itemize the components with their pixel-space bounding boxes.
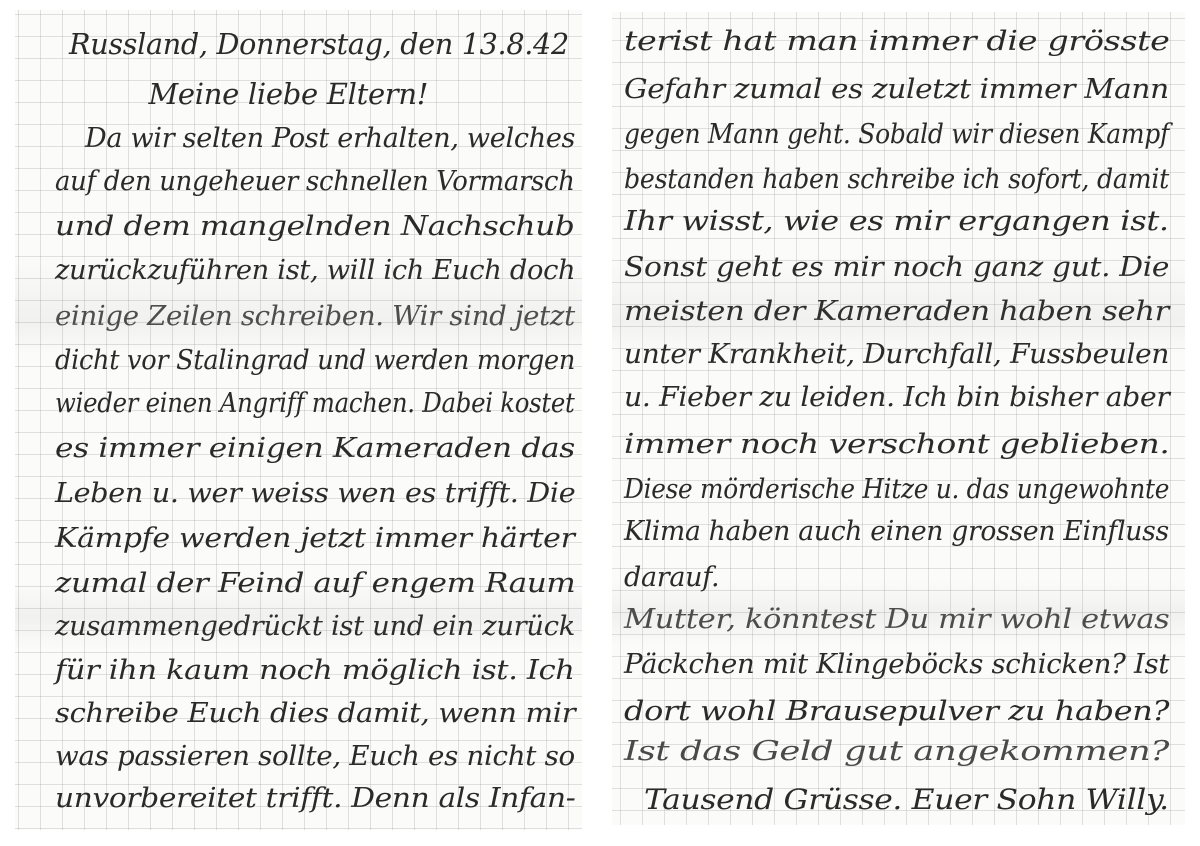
letter-line: unvorbereitet trifft. Denn als Infan-: [55, 785, 575, 812]
letter-line: immer noch verschont geblieben.: [624, 431, 1169, 458]
letter-line: Tausend Grüsse. Euer Sohn Willy.: [644, 786, 1169, 814]
letter-line: Russland, Donnerstag, den 13.8.42: [69, 30, 569, 59]
letter-line: u. Fieber zu leiden. Ich bin bisher aber: [624, 384, 1169, 411]
letter-line: zumal der Feind auf engem Raum: [55, 570, 575, 597]
letter-line: Ihr wisst, wie es mir ergangen ist.: [624, 208, 1169, 235]
letter-line: Kämpfe werden jetzt immer härter: [55, 525, 575, 552]
letter-line: und dem mangelnden Nachschub: [55, 213, 575, 240]
letter-line: terist hat man immer die grösste: [624, 28, 1170, 55]
letter-line: Gefahr zumal es zuletzt immer Mann: [624, 76, 1169, 103]
letter-line: dort wohl Brausepulver zu haben?: [624, 698, 1169, 725]
letter-line: Sonst geht es mir noch ganz gut. Die: [624, 254, 1169, 281]
letter-line: Päckchen mit Klingeböcks schicken? Ist: [624, 651, 1169, 678]
letter-line: gegen Mann geht. Sobald wir diesen Kampf: [624, 121, 1169, 148]
letter-line: Mutter, könntest Du mir wohl etwas: [624, 606, 1169, 633]
letter-line: zusammengedrückt ist und ein zurück: [55, 613, 575, 640]
letter-line: dicht vor Stalingrad und werden morgen: [55, 347, 575, 374]
letter-line: meisten der Kameraden haben sehr: [624, 298, 1169, 325]
letter-line: Meine liebe Eltern!: [149, 80, 429, 109]
letter-line: Diese mörderische Hitze u. das ungewohnt…: [624, 476, 1169, 503]
letter-line: darauf.: [624, 564, 719, 591]
letter-line: Da wir selten Post erhalten, welches: [85, 125, 575, 152]
letter-line: unter Krankheit, Durchfall, Fussbeulen: [624, 341, 1169, 368]
letter-line: was passieren sollte, Euch es nicht so: [55, 743, 575, 770]
letter-line: Klima haben auch einen grossen Einfluss: [624, 518, 1169, 545]
letter-page-right: terist hat man immer die grössteGefahr z…: [612, 12, 1185, 825]
letter-line: Leben u. wer weiss wen es trifft. Die: [55, 480, 575, 507]
letter-line: schreibe Euch dies damit, wenn mir: [55, 700, 575, 727]
letter-line: auf den ungeheuer schnellen Vormarsch: [55, 168, 575, 195]
letter-line: wieder einen Angriff machen. Dabei koste…: [55, 390, 575, 417]
letter-line: Ist das Geld gut angekommen?: [624, 738, 1169, 765]
letter-line: zurückzuführen ist, will ich Euch doch: [55, 257, 575, 284]
letter-line: für ihn kaum noch möglich ist. Ich: [55, 657, 575, 684]
letter-page-left: Russland, Donnerstag, den 13.8.42Meine l…: [15, 10, 582, 830]
letter-line: einige Zeilen schreiben. Wir sind jetzt: [55, 303, 575, 330]
letter-line: es immer einigen Kameraden das: [55, 435, 575, 462]
letter-line: bestanden haben schreibe ich sofort, dam…: [624, 166, 1169, 193]
